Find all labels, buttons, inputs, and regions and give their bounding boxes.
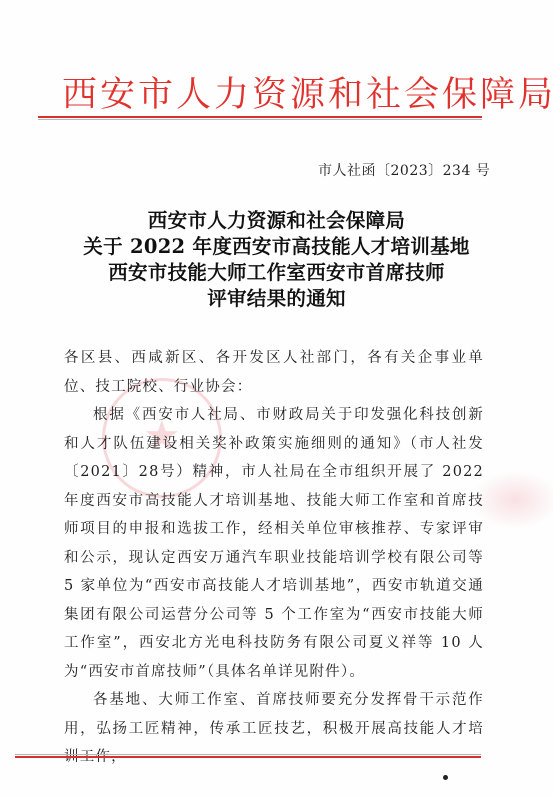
title-line-1: 西安市人力资源和社会保障局 [0, 208, 553, 234]
document-number: 市人社函〔2023〕234 号 [318, 160, 490, 180]
header-divider [38, 116, 482, 120]
document-page: 西安市人力资源和社会保障局 市人社函〔2023〕234 号 西安市人力资源和社会… [0, 0, 553, 798]
salutation: 各区县、西咸新区、各开发区人社部门，各有关企事业单位、技工院校、行业协会： [64, 344, 484, 401]
header-divider-grey [38, 119, 482, 120]
footer-divider-red [15, 756, 481, 758]
title-line-4: 评审结果的通知 [0, 286, 553, 312]
page-marker-dot [443, 775, 448, 780]
title-line-3: 西安市技能大师工作室西安市首席技师 [0, 260, 553, 286]
organization-header: 西安市人力资源和社会保障局 [62, 74, 492, 116]
footer-divider-grey [15, 754, 481, 755]
document-title: 西安市人力资源和社会保障局 关于 2022 年度西安市高技能人才培训基地 西安市… [0, 208, 553, 312]
footer-divider [15, 754, 481, 760]
title-line-2: 关于 2022 年度西安市高技能人才培训基地 [0, 234, 553, 260]
header-divider-red [38, 116, 482, 118]
body-paragraph-1: 根据《西安市人社局、市财政局关于印发强化科技创新和人才队伍建设相关奖补政策实施细… [64, 401, 484, 686]
document-body: 各区县、西咸新区、各开发区人社部门，各有关企事业单位、技工院校、行业协会： 根据… [64, 344, 484, 772]
